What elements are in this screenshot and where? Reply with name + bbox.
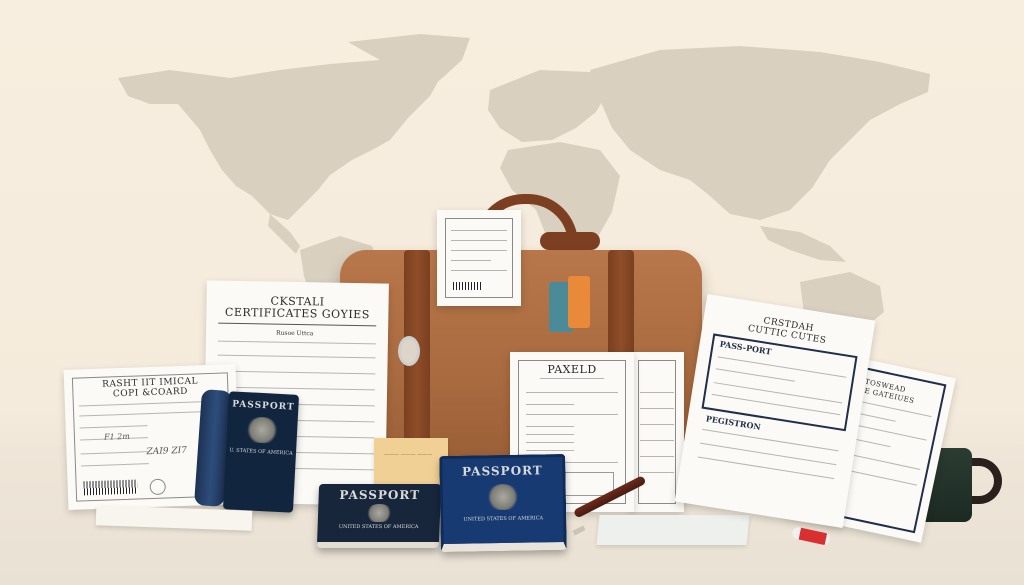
eagle-emblem-icon (365, 504, 394, 522)
map-north-america (118, 60, 440, 220)
padlock-icon (398, 336, 420, 366)
certificate-subtitle: Rusoe Uttca (276, 330, 313, 338)
map-asia (590, 46, 930, 220)
center-form-title: PAXELD (510, 364, 634, 376)
envelope (596, 515, 749, 545)
passport-title: PASSPORT (442, 463, 562, 479)
eagle-emblem-icon (486, 484, 520, 511)
passport-title: PASSPORT (318, 488, 440, 502)
notepad-text: ——— ——— ——— (384, 452, 432, 458)
map-europe (488, 70, 610, 142)
passport-subtitle: UNITED STATES OF AMERICA (443, 515, 563, 523)
notepad: ——— ——— ——— (374, 438, 448, 486)
right-form-document: CRSTDAH CUTTIC CUTES PASS-PORT PEGISTRON (675, 294, 876, 528)
suitcase-handle-grip (540, 232, 600, 250)
handwriting-1: F1 2m (104, 432, 130, 442)
eagle-emblem-icon (244, 416, 279, 444)
certificate-title-2: CERTIFICATES GOYIES (206, 306, 388, 321)
barcode (453, 282, 483, 290)
handwriting-2: ZAI9 ZI7 (146, 446, 187, 457)
passport-flat-left: PASSPORT UNITED STATES OF AMERICA (317, 484, 441, 548)
passport-title: PASSPORT (228, 399, 298, 413)
document-attached-to-suitcase (437, 210, 521, 306)
passport-blue-center: PASSPORT UNITED STATES OF AMERICA (439, 454, 567, 552)
map-central-america (268, 214, 300, 254)
passport-subtitle: U. STATES OF AMERICA (226, 447, 296, 457)
map-southeast-asia (760, 226, 846, 262)
passport-standing: PASSPORT U. STATES OF AMERICA (223, 391, 299, 513)
luggage-tag-orange (568, 276, 590, 328)
passport-subtitle: UNITED STATES OF AMERICA (318, 524, 440, 530)
barcode (84, 480, 138, 496)
